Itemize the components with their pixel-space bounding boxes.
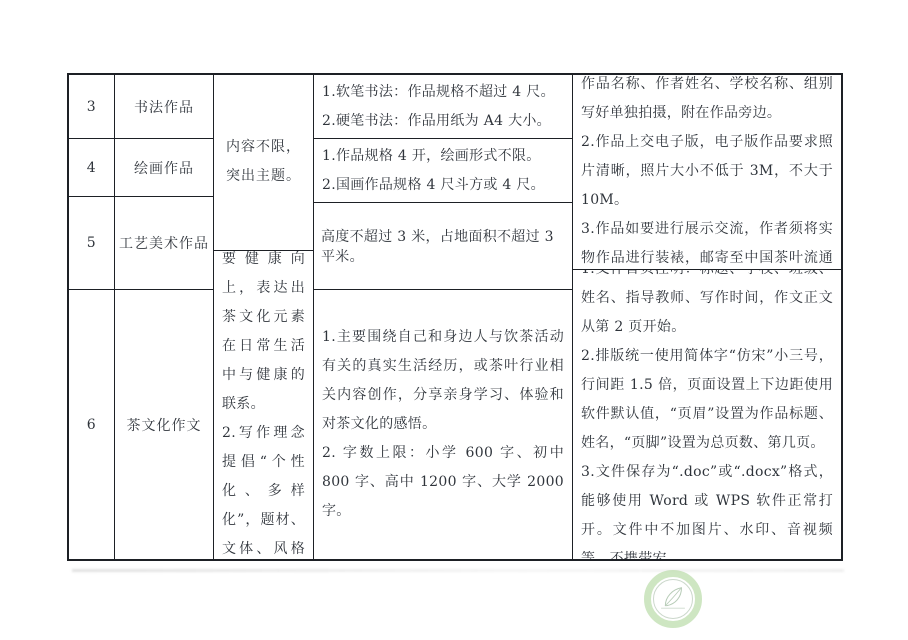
content-requirement-essay-cell: 1.作品内容要健康向上，表达出茶文化元素在日常生活中与健康的联系。 2.写作理念…: [214, 251, 313, 559]
entry-number-cell: 5: [69, 197, 114, 290]
column-submission-requirements: 1.每名参加活动的选手限交 1 幅作品。作品名称、作者姓名、学校名称、组别写好单…: [573, 75, 841, 559]
entry-number-cell: 4: [69, 139, 114, 197]
requirement-line: 1.每名参加活动的选手限交 1 幅作品。作品名称、作者姓名、学校名称、组别写好单…: [581, 75, 833, 128]
requirements-table: 3 4 5 6 书法作品 绘画作品 工艺美术作品 茶文化作文 内容不限，突出主题…: [67, 73, 843, 561]
submission-requirements-merged-cell: 1.每名参加活动的选手限交 1 幅作品。作品名称、作者姓名、学校名称、组别写好单…: [573, 75, 841, 270]
spec-cell-craft-art: 高度不超过 3 米，占地面积不超过 3 平米。: [314, 203, 572, 290]
column-specifications: 1.软笔书法：作品规格不超过 4 尺。 2.硬笔书法：作品用纸为 A4 大小。 …: [314, 75, 573, 559]
requirement-line: 3.文件保存为“.doc”或“.docx”格式，能够使用 Word 或 WPS …: [581, 458, 833, 559]
spec-cell-calligraphy: 1.软笔书法：作品规格不超过 4 尺。 2.硬笔书法：作品用纸为 A4 大小。: [314, 75, 572, 139]
requirement-line: 2.作品上交电子版，电子版作品要求照片清晰，照片大小不低于 3M，不大于 10M…: [581, 128, 833, 215]
spec-line: 2.国画作品规格 4 尺斗方或 4 尺。: [322, 171, 564, 200]
entry-number-cell: 3: [69, 75, 114, 139]
category-cell-tea-essay: 茶文化作文: [115, 290, 213, 559]
spec-cell-tea-essay: 1.主要围绕自己和身边人与饮茶活动有关的真实生活经历，或茶叶行业相关内容创作，分…: [314, 290, 572, 559]
requirement-line: 2.排版统一使用简体字“仿宋”小三号，行间距 1.5 倍，页面设置上下边距使用软…: [581, 342, 833, 458]
content-requirement-merged-cell: 内容不限，突出主题。: [214, 75, 313, 251]
content-requirement-line: 2.写作理念提倡“个性化、多样化”，题材、文体、风格不限。: [222, 419, 305, 559]
requirement-line: 1.文件首页注明：标题、学校、班级、姓名、指导教师、写作时间，作文正文从第 2 …: [581, 270, 833, 342]
spec-line: 1.软笔书法：作品规格不超过 4 尺。: [322, 78, 564, 107]
column-content-requirement: 内容不限，突出主题。 1.作品内容要健康向上，表达出茶文化元素在日常生活中与健康…: [214, 75, 314, 559]
spec-line: 2. 字数上限：小学 600 字、初中 800 字、高中 1200 字、大学 2…: [322, 439, 564, 526]
spec-line: 1.主要围绕自己和身边人与饮茶活动有关的真实生活经历，或茶叶行业相关内容创作，分…: [322, 323, 564, 439]
requirement-line: 3.作品如要进行展示交流，作者须将实物作品进行装裱，邮寄至中国茶叶流通协会。: [581, 215, 833, 269]
category-cell-calligraphy: 书法作品: [115, 75, 213, 139]
spec-line: 1.作品规格 4 开，绘画形式不限。: [322, 142, 564, 171]
entry-number-cell: 6: [69, 290, 114, 559]
leaf-seal-watermark: [644, 570, 702, 628]
column-category: 书法作品 绘画作品 工艺美术作品 茶文化作文: [115, 75, 214, 559]
spec-line: 2.硬笔书法：作品用纸为 A4 大小。: [322, 107, 564, 136]
scan-shadow-line: [72, 569, 844, 572]
content-requirement-line: 1.作品内容要健康向上，表达出茶文化元素在日常生活中与健康的联系。: [222, 251, 305, 420]
category-cell-craft-art: 工艺美术作品: [115, 197, 213, 290]
scanned-document: { "table": { "left_rows": [ { "no": "3",…: [0, 0, 908, 640]
category-cell-painting: 绘画作品: [115, 139, 213, 197]
spec-cell-painting: 1.作品规格 4 开，绘画形式不限。 2.国画作品规格 4 尺斗方或 4 尺。: [314, 139, 572, 203]
submission-requirements-essay-cell: 1.文件首页注明：标题、学校、班级、姓名、指导教师、写作时间，作文正文从第 2 …: [573, 270, 841, 559]
leaf-icon: [656, 581, 690, 615]
column-entry-number: 3 4 5 6: [69, 75, 115, 559]
